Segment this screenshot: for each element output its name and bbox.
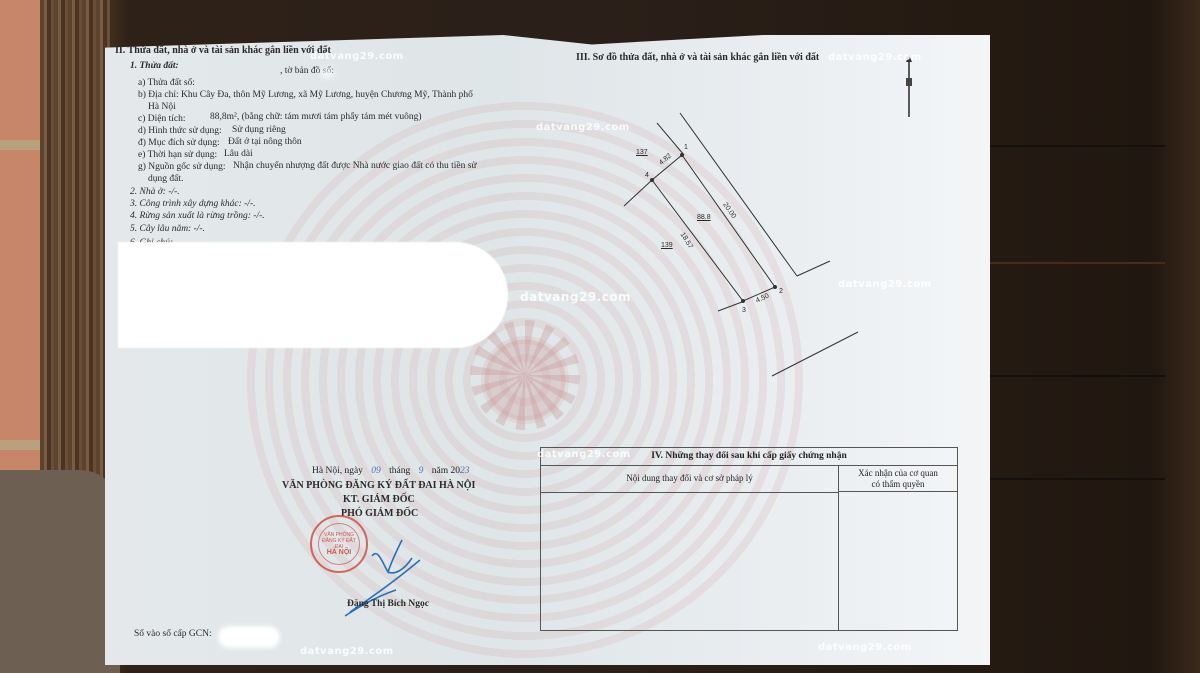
watermark: datvang29.com: [520, 290, 631, 304]
watermark: datvang29.com: [818, 642, 912, 653]
watermark: datvang29.com: [310, 51, 404, 62]
signature-scribble: [0, 0, 1200, 673]
watermark: datvang29.com: [537, 449, 631, 460]
watermark: datvang29.com: [300, 646, 394, 657]
watermark: datvang29.com: [536, 122, 630, 133]
watermark: datvang29.com: [838, 279, 932, 290]
gcn-register-label: Số vào sổ cấp GCN:: [134, 628, 212, 640]
signer-name: Đặng Thị Bích Ngọc: [347, 598, 429, 610]
watermark: datvang29.com: [828, 52, 922, 63]
